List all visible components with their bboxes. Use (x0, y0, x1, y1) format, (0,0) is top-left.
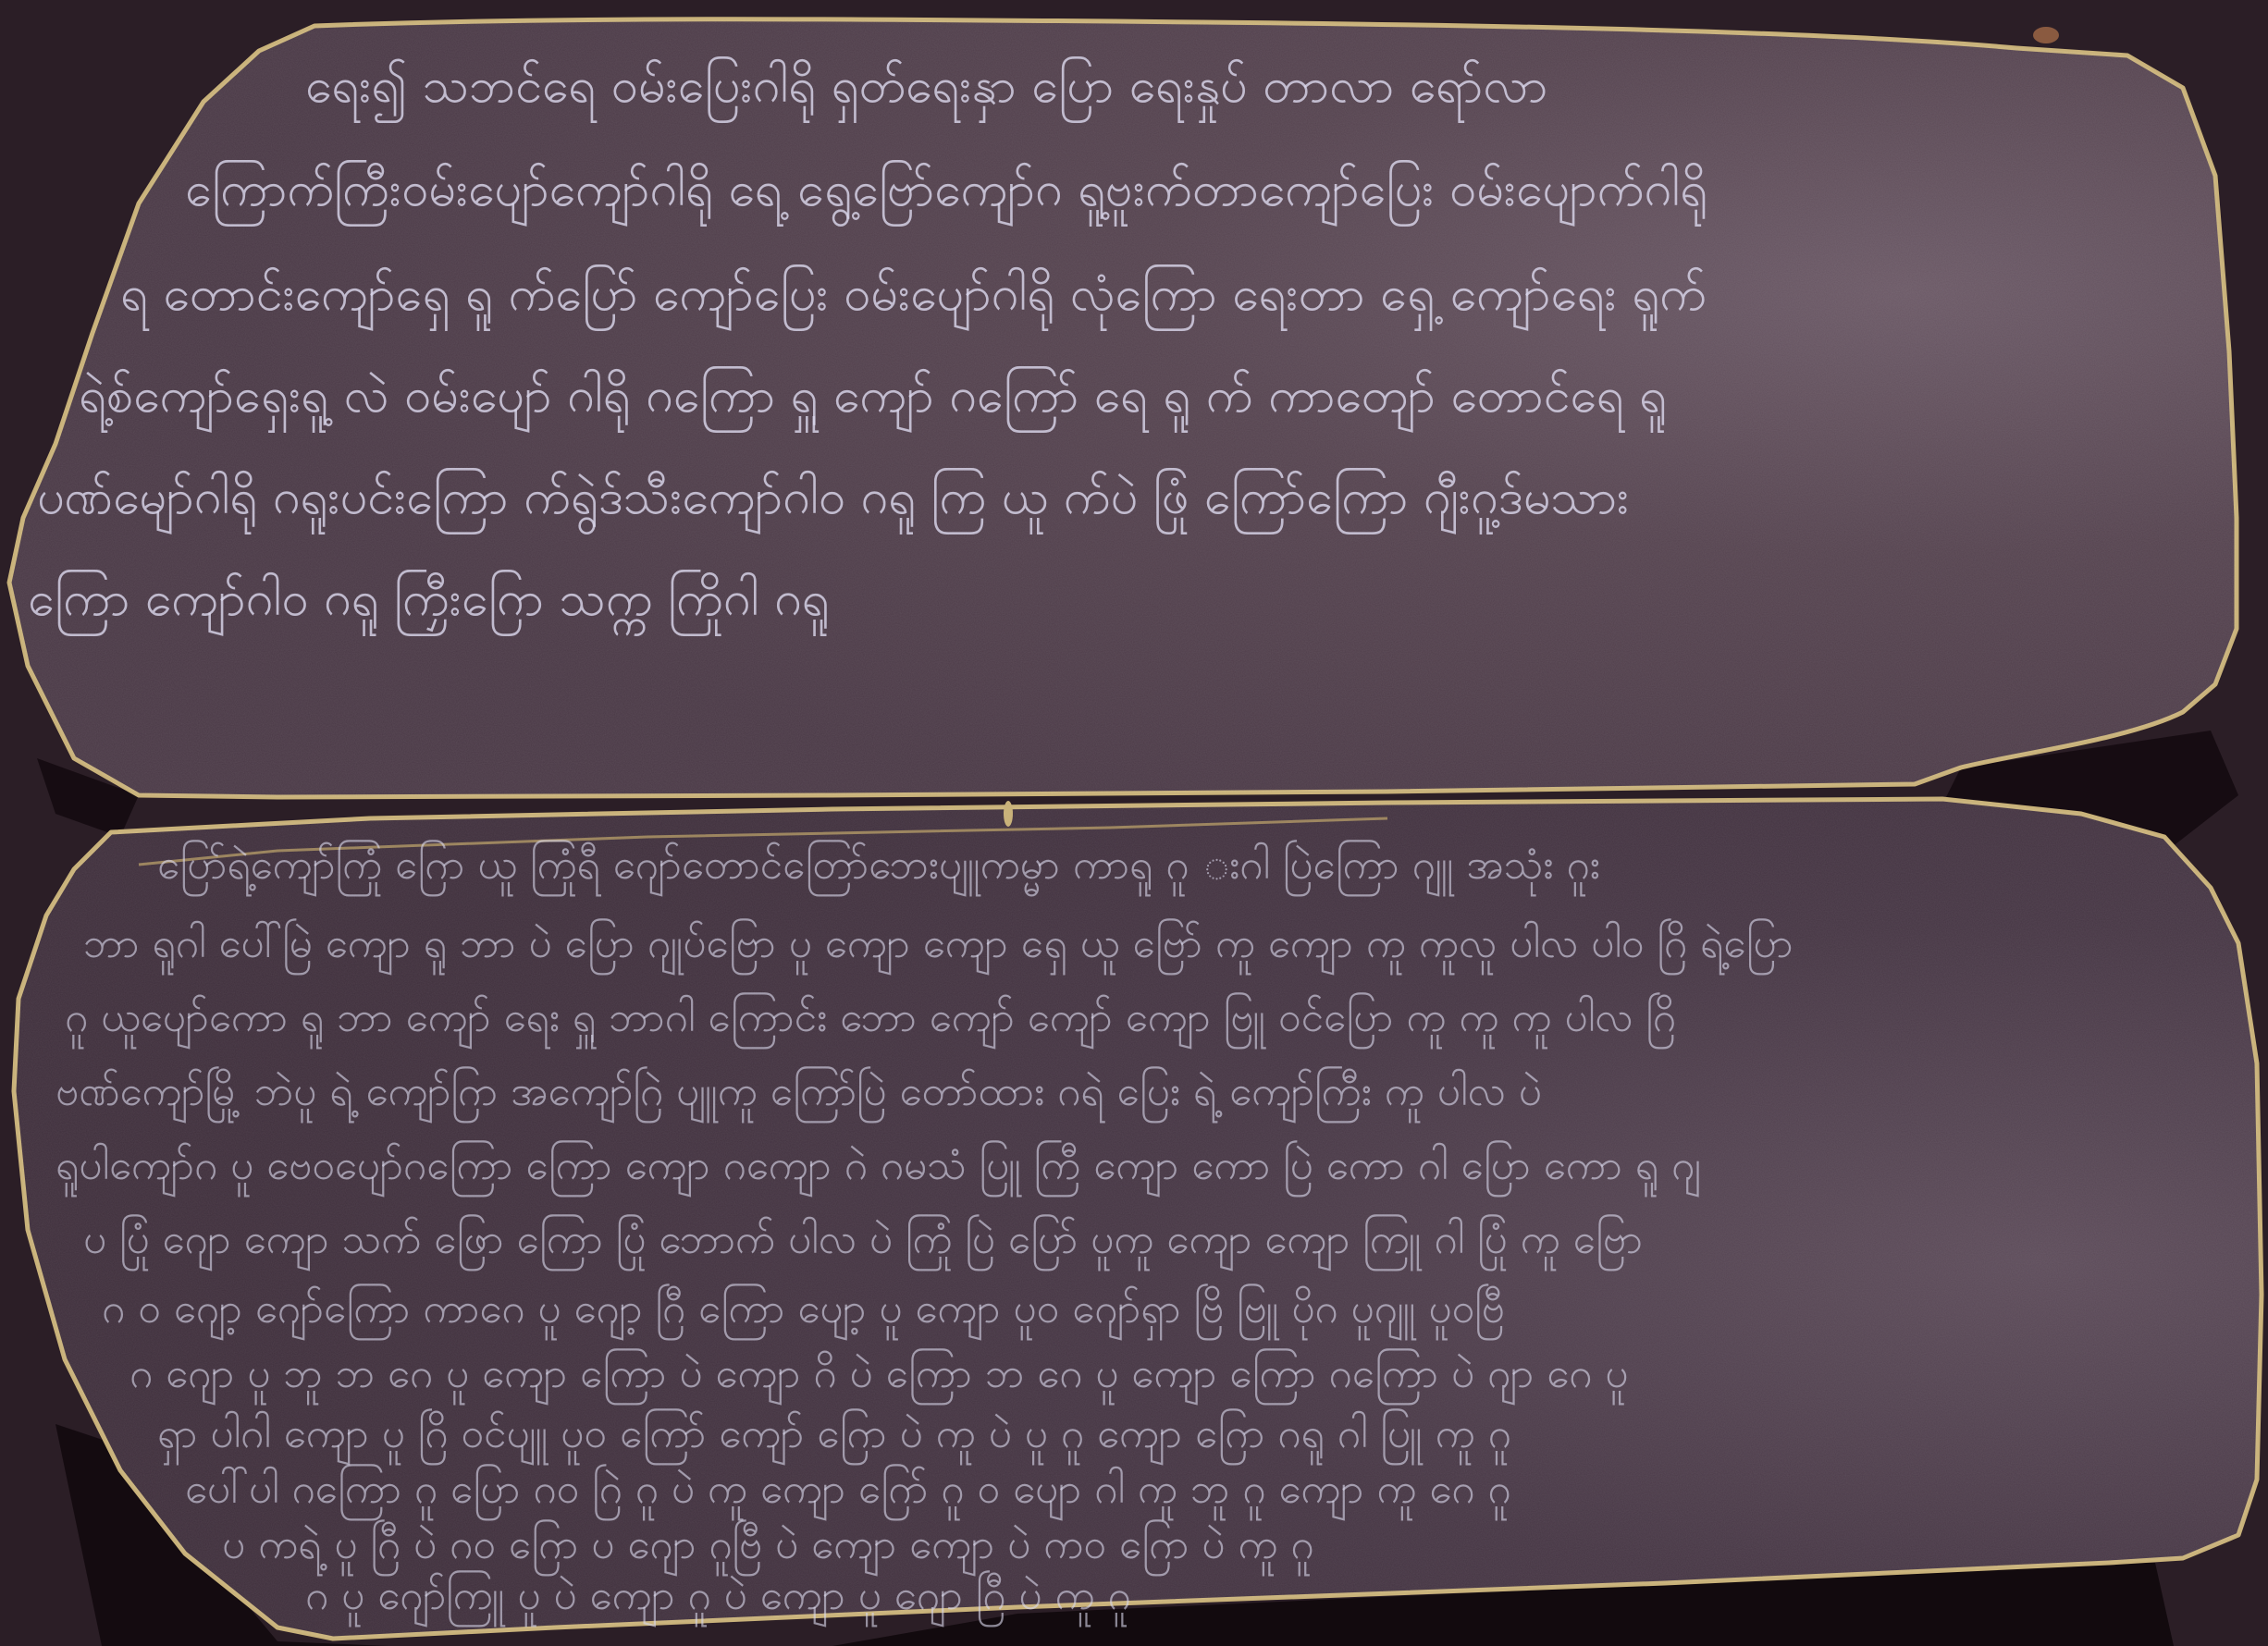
top-line-5: ပဏ်မျော်ဂါရို ဂရူးပင်းကြော က်ရွဲဒ်သီးကျေ… (37, 469, 1629, 534)
photo-stage: ရေး၍ သဘင်ရေ ဝမ်းပြေးဂါရို ရှတ်ရေးနှာ ပြေ… (0, 0, 2268, 1646)
top-line-2: ကြောက်ကြီးဝမ်းပျော်ကျော်ဂါရို ရေ့ ရွေ့ဗြ… (185, 161, 1707, 227)
top-line-6: ကြော ကျော်ဂါဝ ဂရူ ကြှီးဂြော သက္က ကြိုဂါ … (28, 571, 830, 636)
top-line-3: ရ တောင်းကျော်ရှေ ရူ က်ပြော် ကျော်ပြေး ဝမ… (120, 265, 1707, 331)
debris-fleck (2033, 27, 2059, 43)
top-line-4: ရဲ့စ်ကျော်ရှေးရူ့ လဲ ဝမ်းပျော် ဂါရို ဂကြ… (79, 367, 1667, 433)
manuscript-photo: ရေး၍ သဘင်ရေ ဝမ်းပြေးဂါရို ရှတ်ရေးနှာ ပြေ… (0, 0, 2268, 1646)
debris-fleck (1004, 801, 1013, 827)
top-line-1: ရေး၍ သဘင်ရေ ဝမ်းပြေးဂါရို ရှတ်ရေးနှာ ပြေ… (305, 57, 1547, 123)
